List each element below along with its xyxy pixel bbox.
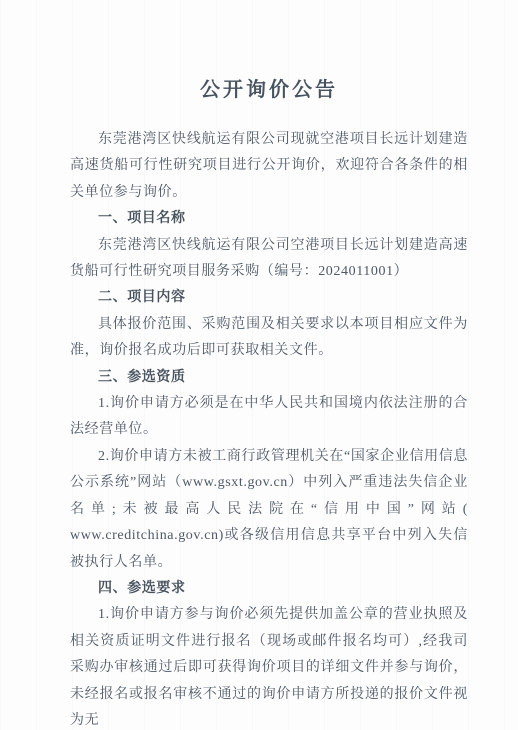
document-body: 东莞港湾区快线航运有限公司现就空港项目长远计划建造高速货船可行性研究项目进行公开…: [70, 127, 468, 730]
document-title: 公开询价公告: [70, 78, 468, 102]
intro-paragraph: 东莞港湾区快线航运有限公司现就空港项目长远计划建造高速货船可行性研究项目进行公开…: [70, 127, 468, 206]
project-content-paragraph: 具体报价范围、采购范围及相关要求以本项目相应文件为准，询价报名成功后即可获取相关…: [70, 312, 468, 365]
section-heading-project-content: 二、项目内容: [70, 285, 468, 311]
section-heading-qualifications: 三、参选资质: [70, 365, 468, 391]
scanned-document-page: 公开询价公告 东莞港湾区快线航运有限公司现就空港项目长远计划建造高速货船可行性研…: [0, 0, 518, 730]
section-heading-requirements: 四、参选要求: [70, 576, 468, 602]
requirement-item-1: 1.询价申请方参与询价必须先提供加盖公章的营业执照及相关资质证明文件进行报名（现…: [70, 602, 468, 730]
qualification-item-2: 2.询价申请方未被工商行政管理机关在“国家企业信用信息公示系统”网站（www.g…: [70, 444, 468, 576]
project-name-paragraph: 东莞港湾区快线航运有限公司空港项目长远计划建造高速货船可行性研究项目服务采购（编…: [70, 233, 468, 286]
section-heading-project-name: 一、项目名称: [70, 206, 468, 232]
qualification-item-1: 1.询价申请方必须是在中华人民共和国境内依法注册的合法经营单位。: [70, 391, 468, 444]
